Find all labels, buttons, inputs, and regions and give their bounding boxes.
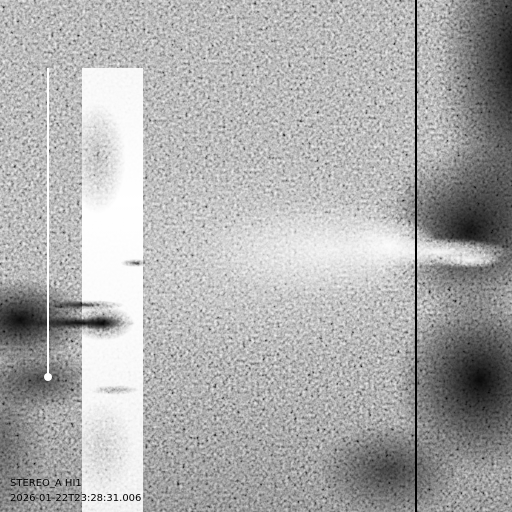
black-vertical-artifact bbox=[415, 0, 417, 512]
instrument-label: STEREO_A HI1 bbox=[10, 476, 141, 491]
bright-star-dot bbox=[44, 373, 52, 381]
timestamp-label: 2026-01-22T23:28:31.006 bbox=[10, 491, 141, 506]
solar-image-frame: STEREO_A HI12026-01-22T23:28:31.006 bbox=[0, 0, 512, 512]
speckle-noise bbox=[0, 0, 512, 512]
image-label: STEREO_A HI12026-01-22T23:28:31.006 bbox=[10, 476, 141, 506]
white-vertical-artifact bbox=[47, 68, 49, 380]
